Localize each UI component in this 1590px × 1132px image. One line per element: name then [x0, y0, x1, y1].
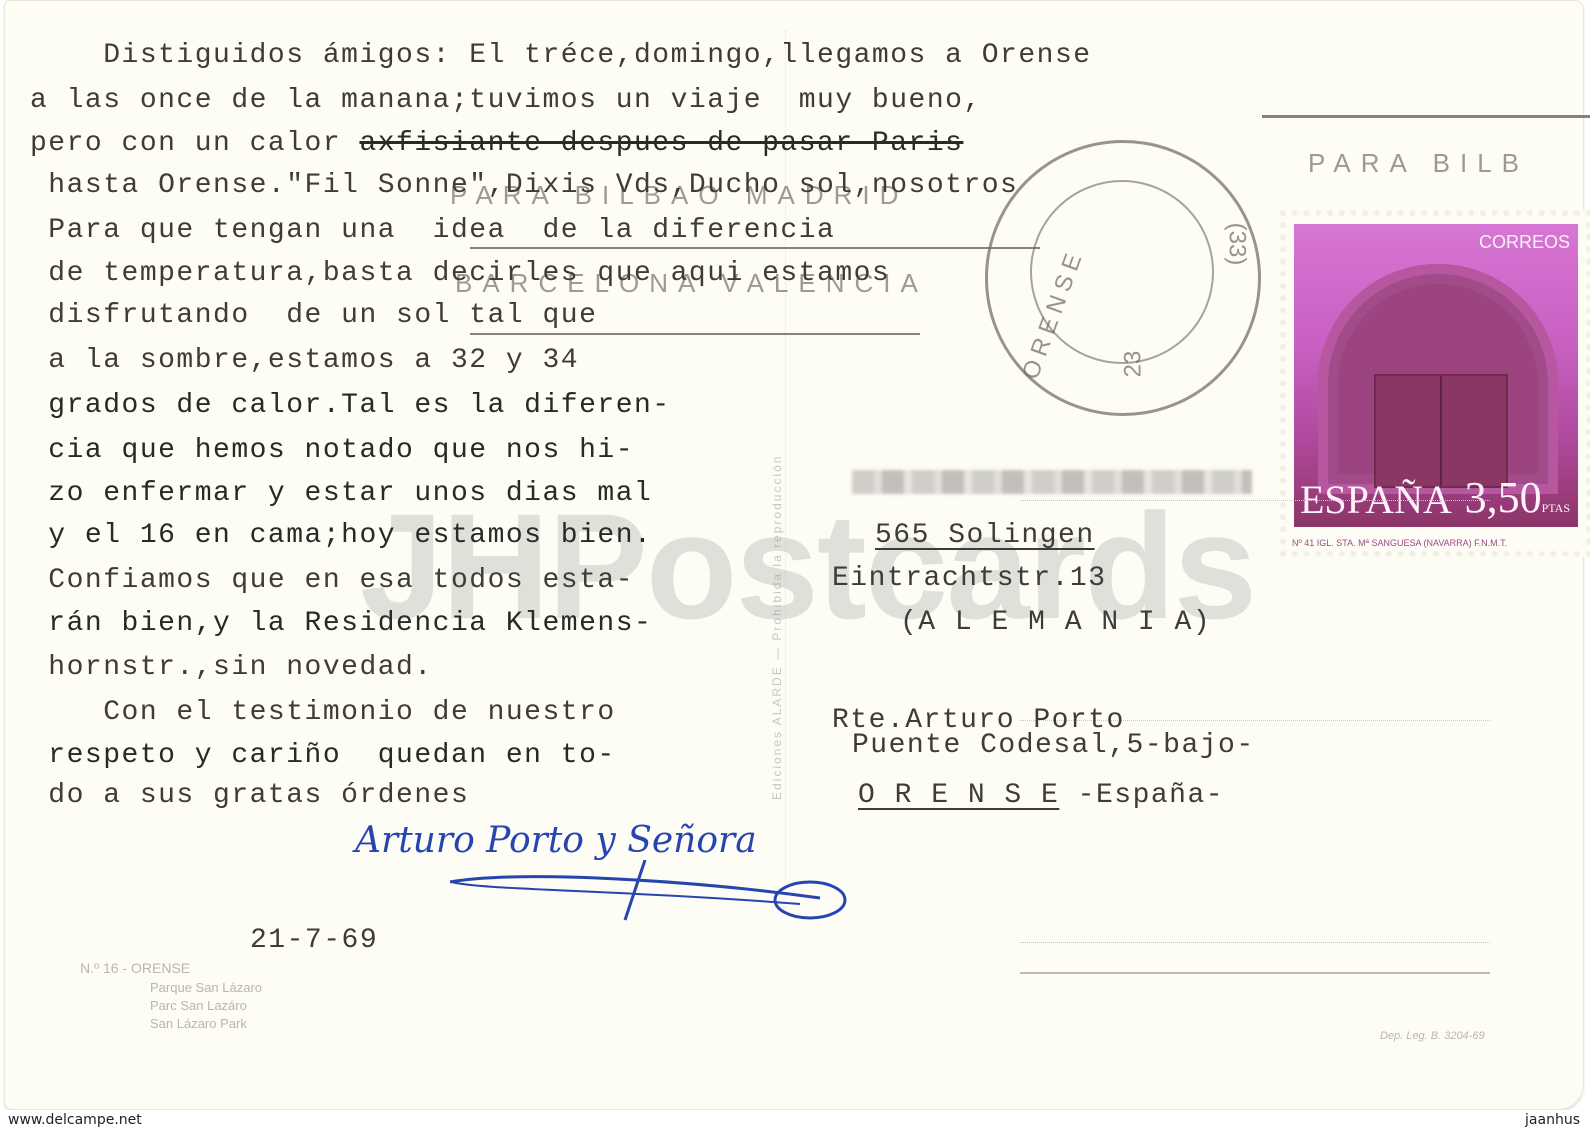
message-line: hasta Orense."Fil Sonne",Dixis Vds,Ducho… [30, 170, 1018, 201]
stamp-caption: Nº 41 IGL. STA. Mª SANGUESA (NAVARRA) F.… [1292, 538, 1507, 548]
message-line: Distiguidos ámigos: El tréce,domingo,lle… [30, 40, 1092, 71]
center-divider [785, 30, 786, 910]
sender-street: Puente Codesal,5-bajo- [852, 730, 1255, 761]
message-line: rán bien,y la Residencia Klemens- [30, 608, 652, 639]
message-line: Confiamos que en esa todos esta- [30, 565, 634, 596]
caption-french: Parc San Lazáro [150, 998, 247, 1013]
footer-bar [0, 1110, 1590, 1132]
postmark-number: (33) [1222, 223, 1250, 266]
message-line: zo enfermar y estar unos dias mal [30, 478, 652, 509]
church-door [1374, 374, 1508, 488]
postmark-day: 23 [1119, 351, 1147, 378]
caption-spanish: Parque San Lázaro [150, 980, 262, 995]
caption-english: San Lázaro Park [150, 1016, 247, 1031]
cancel-line [470, 333, 920, 335]
address-line [1020, 942, 1490, 943]
message-text: pero con un calor [30, 128, 359, 159]
redacted-recipient-name [852, 470, 1252, 494]
cancel-line [470, 247, 1040, 249]
message-line: a la sombre,estamos a 32 y 34 [30, 345, 579, 376]
card-number: N.º 16 - ORENSE [80, 960, 190, 976]
message-line: Con el testimonio de nuestro [30, 697, 616, 728]
message-line: do a sus gratas órdenes [30, 780, 469, 811]
signature-flourish [440, 860, 860, 930]
stamp-value-number: 3,50 [1465, 473, 1542, 522]
date: 21-7-69 [250, 925, 378, 956]
stamp-image: CORREOS ESPAÑA 3,50PTAS [1294, 224, 1578, 527]
postage-stamp: CORREOS ESPAÑA 3,50PTAS Nº 41 IGL. STA. … [1280, 210, 1590, 557]
recipient-country: (A L E M A N I A) [900, 607, 1211, 638]
handwritten-signature: Arturo Porto y Señora [355, 820, 757, 861]
message-line: cia que hemos notado que nos hi- [30, 435, 634, 466]
address-line [1020, 972, 1490, 974]
postmark-slogan-right: PARA BILB [1308, 148, 1529, 179]
address-line [1020, 500, 1490, 501]
message-line: Para que tengan una idea de la diferenci… [30, 215, 835, 246]
message-line: grados de calor.Tal es la diferen- [30, 390, 671, 421]
message-line: disfrutando de un sol tal que [30, 300, 597, 331]
recipient-city: 565 Solingen [875, 520, 1095, 551]
legal-deposit: Dep. Leg. B. 3204-69 [1380, 1030, 1485, 1042]
sender-country: -España- [1078, 780, 1224, 811]
message-line: hornstr.,sin novedad. [30, 652, 433, 683]
sender-city-line: O R E N S E -España- [858, 780, 1224, 811]
stamp-value: 3,50PTAS [1465, 472, 1570, 523]
stamp-header: CORREOS [1479, 232, 1570, 253]
message-line: a las once de la manana;tuvimos un viaje… [30, 85, 982, 116]
message-line: y el 16 en cama;hoy estamos bien. [30, 520, 652, 551]
recipient-street: Eintrachtstr.13 [832, 563, 1107, 594]
sender-city: O R E N S E [858, 780, 1059, 811]
source-site: www.delcampe.net [8, 1112, 142, 1128]
struck-text: axfisiante despues de pasar Paris [359, 128, 963, 159]
cancel-line [1262, 115, 1590, 118]
message-line: respeto y cariño quedan en to- [30, 740, 616, 771]
seller-name: jaanhus [1525, 1112, 1580, 1128]
stamp-currency: PTAS [1542, 501, 1570, 515]
message-line: de temperatura,basta decirles que aqui e… [30, 258, 890, 289]
message-line: pero con un calor axfisiante despues de … [30, 128, 963, 159]
